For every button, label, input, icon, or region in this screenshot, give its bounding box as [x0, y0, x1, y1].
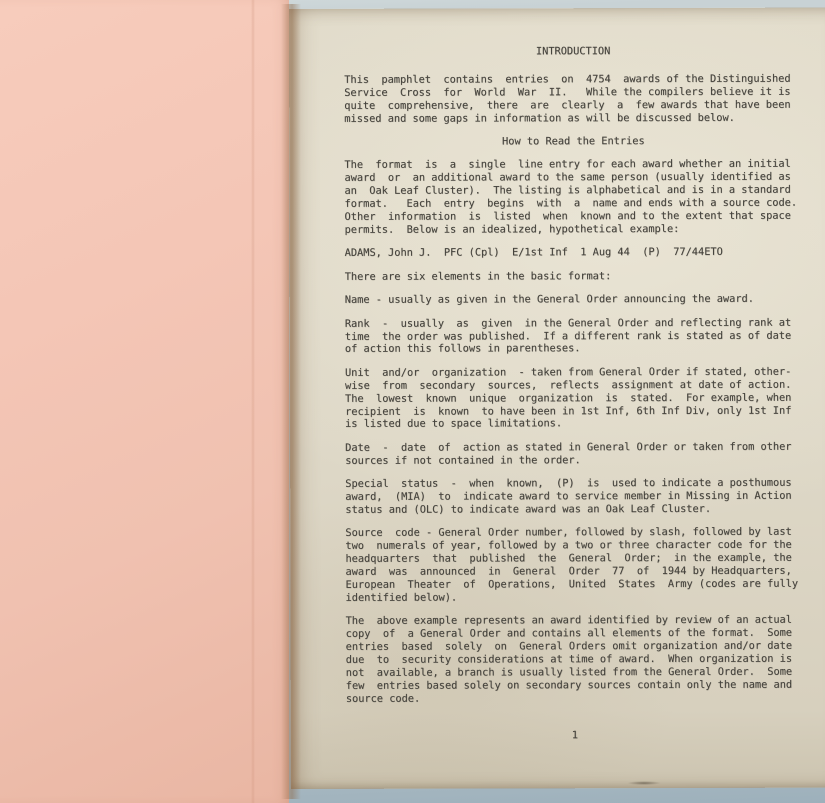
special-status-paragraph: Special status - when known, (P) is used…: [345, 477, 803, 517]
page-number: 1: [346, 728, 804, 742]
typewritten-text-column: INTRODUCTION This pamphlet contains entr…: [344, 45, 804, 743]
how-to-read-heading: How to Read the Entries: [344, 135, 802, 149]
closing-paragraph: The above example represents an award id…: [346, 614, 804, 706]
gutter-shadow: [281, 4, 301, 799]
unit-element-paragraph: Unit and/or organization - taken from Ge…: [345, 365, 803, 431]
cover-crease: [251, 0, 255, 803]
paper-smudge: [627, 781, 661, 785]
intro-title: INTRODUCTION: [344, 45, 802, 59]
intro-paragraph: This pamphlet contains entries on 4754 a…: [344, 73, 802, 126]
date-element-paragraph: Date - date of action as stated in Gener…: [345, 440, 803, 467]
rank-element-paragraph: Rank - usually as given in the General O…: [345, 316, 803, 356]
example-entry-line: ADAMS, John J. PFC (Cpl) E/1st Inf 1 Aug…: [345, 246, 803, 260]
pink-cover-page: [0, 0, 289, 803]
elements-count-line: There are six elements in the basic form…: [345, 269, 803, 283]
format-paragraph: The format is a single line entry for ea…: [344, 158, 802, 237]
source-code-paragraph: Source code - General Order number, foll…: [345, 526, 803, 605]
name-element-paragraph: Name - usually as given in the General O…: [345, 293, 803, 307]
document-page: INTRODUCTION This pamphlet contains entr…: [289, 8, 825, 789]
